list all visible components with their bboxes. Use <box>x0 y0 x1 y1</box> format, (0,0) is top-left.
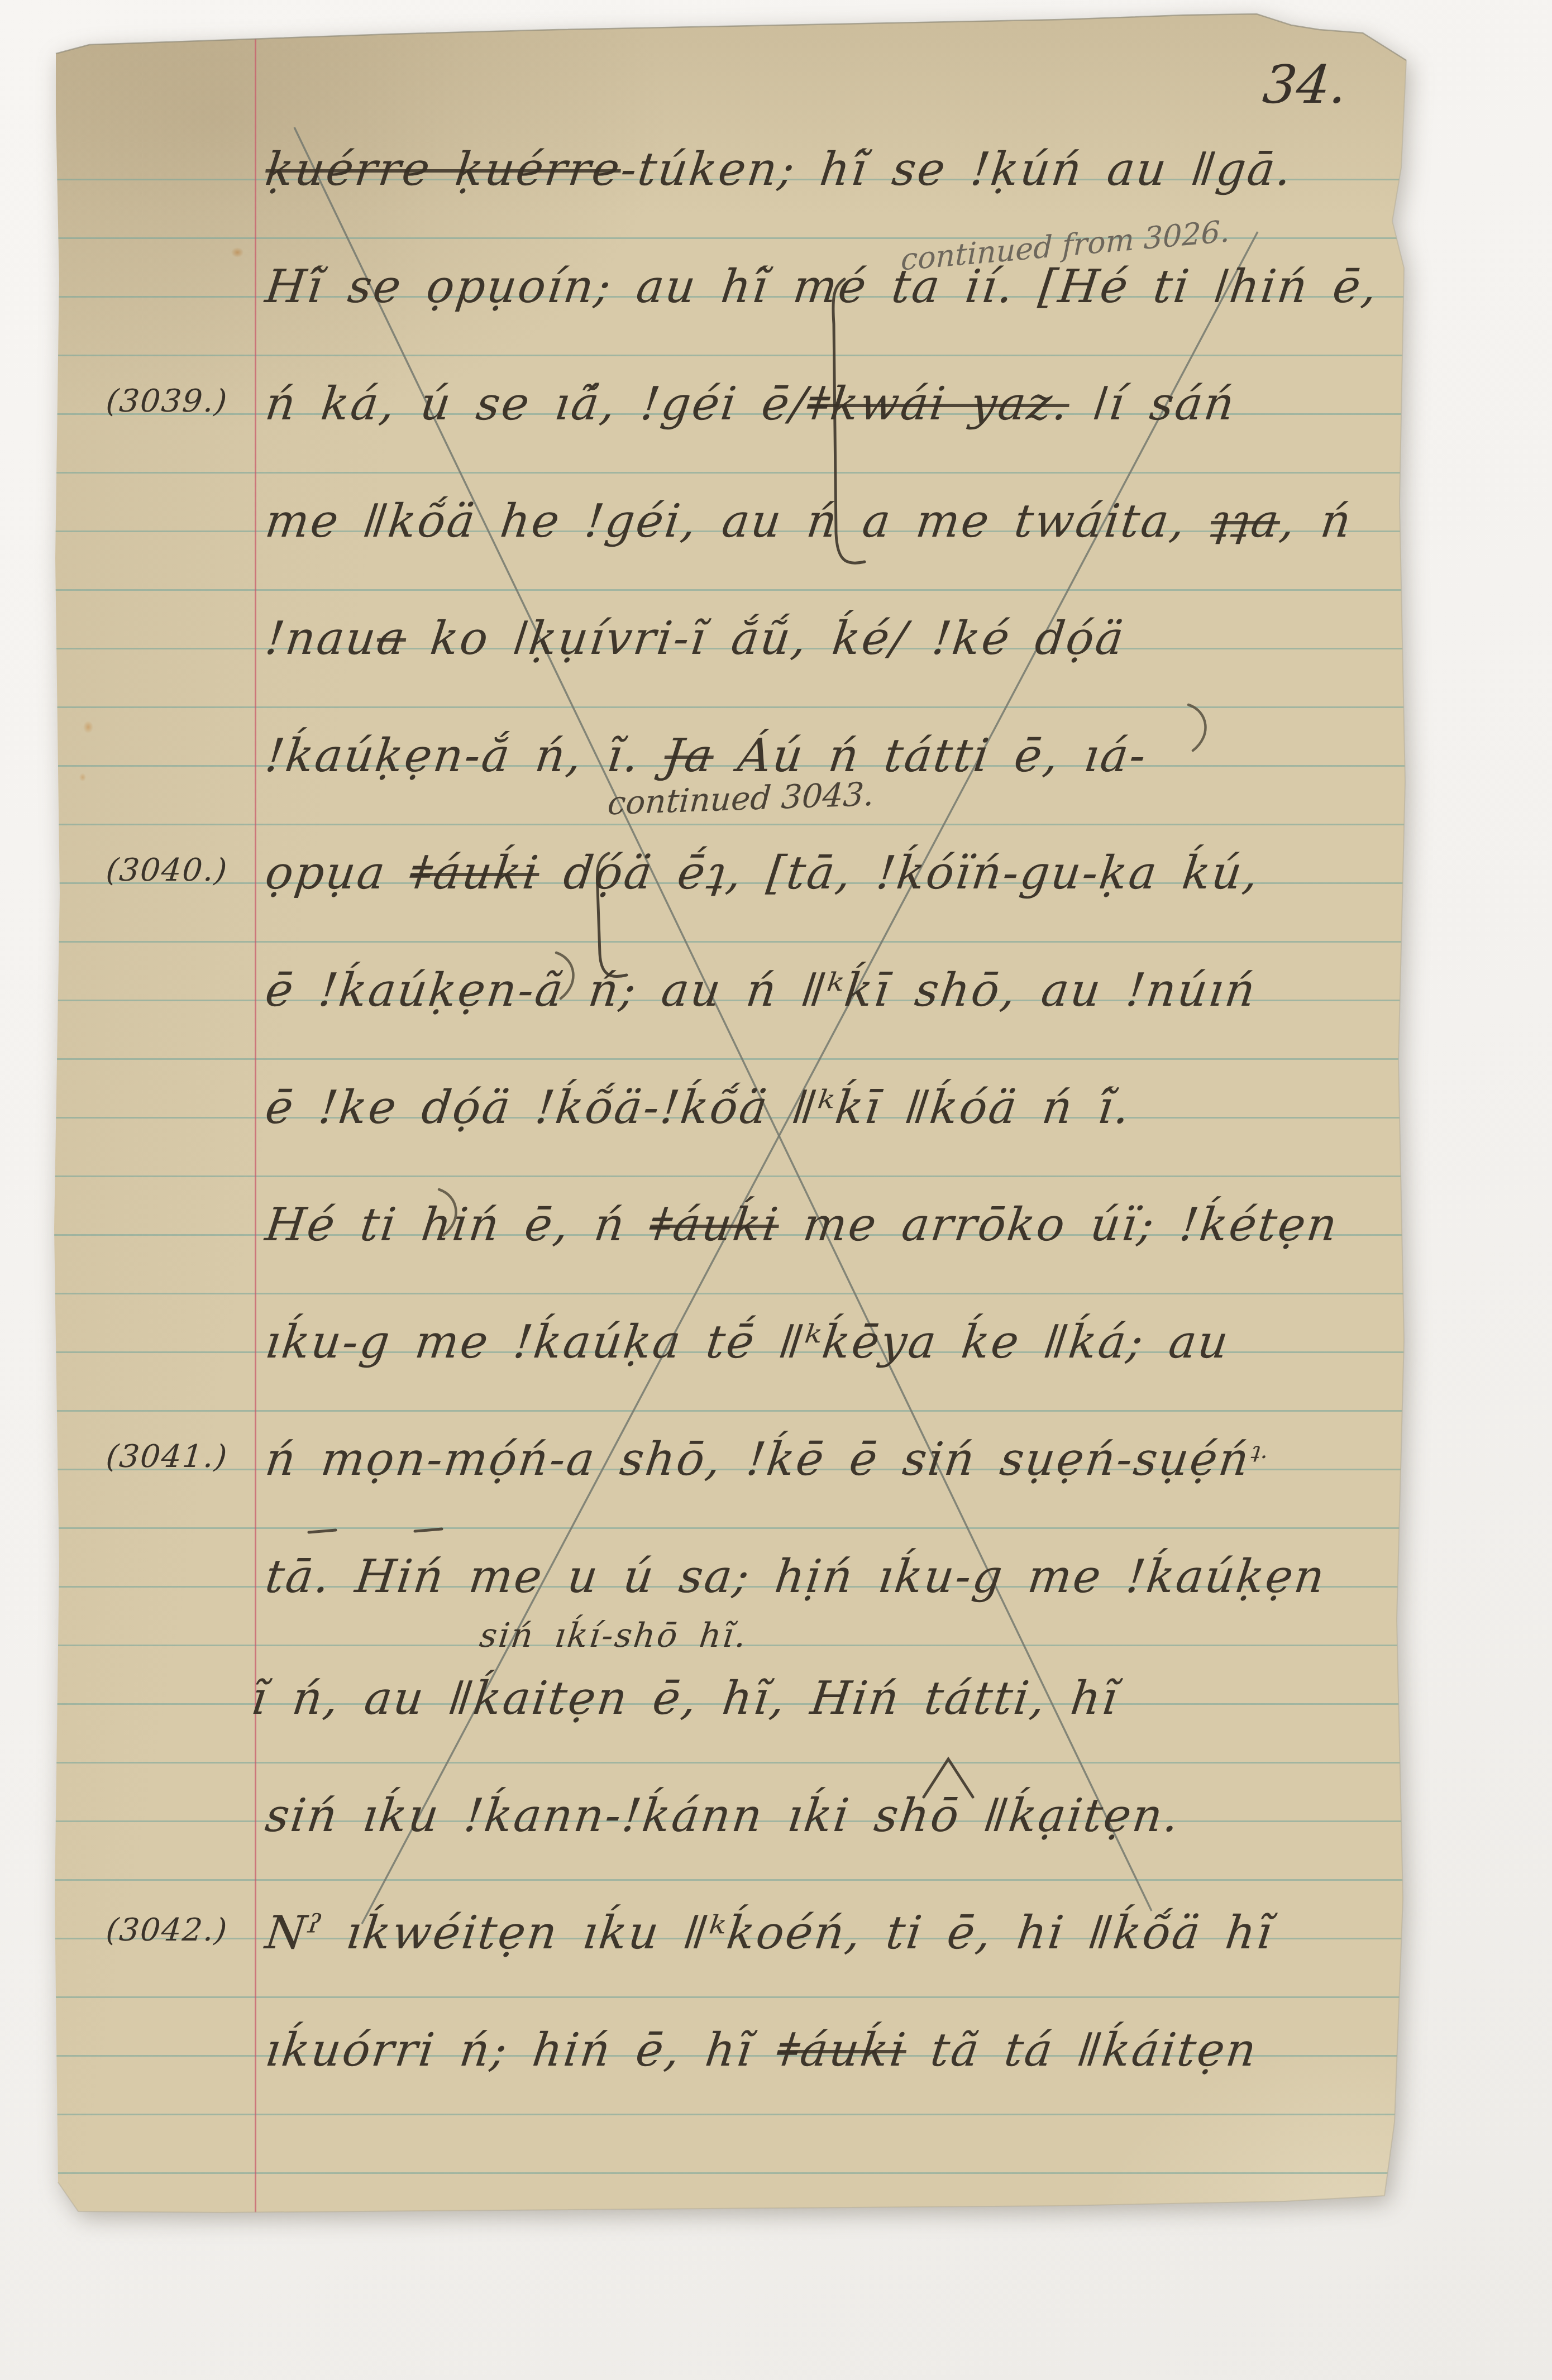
word-run: ń ká, ú se ıã́, !géi ē/ <box>262 377 811 431</box>
word-run: ń mọn-mọ́ń-a shō, !ḱē ē siń sụẹń-sụẹ́ń <box>262 1433 1253 1486</box>
manuscript-line: Hé ti hiń ē, ń ǂáuḱi me arrōko úï; !ḱétẹ… <box>0 1198 1552 1265</box>
manuscript-line: ıḱu-g me !ḱaúḳa tḗ ǁᵏḱēya ḱe ǁḱá; au <box>0 1316 1552 1383</box>
line-text: Hĩ́ se ọpụoín; au hĩ́ mé ta ií. [Hé ti ǀ… <box>262 260 1382 313</box>
manuscript-line: !naua ko ǀḳụívri-ĩ ắṹ, ḱé/ !ké dọ́ä <box>0 612 1552 679</box>
manuscript-line: ıḱuórri ń; hiń ē, hĩ ǂáuḱi tã tá ǁḱáitẹn <box>0 2024 1552 2091</box>
manuscript-line: ḳuérre ḳuérre-túken; hĩ́ se !ḳúń au ǁgā. <box>0 143 1552 210</box>
margin-entry-number: (3040.) <box>104 852 230 888</box>
line-text: !naua ko ǀḳụívri-ĩ ắṹ, ḱé/ !ké dọ́ä <box>262 612 1128 665</box>
manuscript-line: me ǁkṍä he !géi, au ń a me twáita, ʇʇa, … <box>0 495 1552 562</box>
manuscript-line: tā. Hiń me u ú sa; hịń ıḱu-g me !ḱaúḳẹn <box>0 1550 1552 1617</box>
struck-word: ǂáuḱi <box>775 2024 910 2077</box>
manuscript-line: ē !ke dọ́ä !ḱṍä-!ḱṍä ǁᵏḱī ǁḱóä ń ĩ́. <box>0 1081 1552 1148</box>
word-run: Hĩ́ se ọpụoín; au hĩ́ mé ta ií. [Hé ti ǀ… <box>262 260 1382 313</box>
line-text: me ǁkṍä he !géi, au ń a me twáita, ʇʇa, … <box>262 495 1355 548</box>
word-run: ē !ḱaúḳẹn-ã ń; au ń ǁᵏḱī shō, au !núıń <box>262 964 1259 1017</box>
line-text: ḳuérre ḳuérre-túken; hĩ́ se !ḳúń au ǁgā. <box>262 143 1296 196</box>
line-text: ıḱu-g me !ḱaúḳa tḗ ǁᵏḱēya ḱe ǁḱá; au <box>262 1316 1233 1369</box>
word-run: ıḱuórri ń; hiń ē, hĩ <box>262 2024 781 2077</box>
word-run: dọ́ä ḗʇ, [tā, !ḱóïń-gu-ḳa ḱú, <box>536 847 1263 900</box>
word-run: Áú ń tátti ē, ıá- <box>710 729 1150 782</box>
word-run: ǀí sáń <box>1066 377 1239 431</box>
line-text: ıḱuórri ń; hiń ē, hĩ ǂáuḱi tã tá ǁḱáitẹn <box>262 2024 1260 2077</box>
word-run: tã tá ǁḱáitẹn <box>903 2024 1260 2077</box>
struck-word: ʇʇa <box>1208 495 1283 548</box>
word-run: ọpụa <box>262 847 414 900</box>
word-run: -túken; hĩ́ se !ḳúń au ǁgā. <box>618 143 1296 196</box>
line-text: siń ıḱu !ḱann-!ḱánn ıḱi shō ǁḱạitẹn. <box>262 1789 1183 1842</box>
word-run: ko ǀḳụívri-ĩ ắṹ, ḱé/ !ké dọ́ä <box>403 612 1128 665</box>
manuscript-line: ĩ ń, au ǁḱaitẹn ē, hĩ, Hiń tátti, hĩ <box>0 1672 1552 1739</box>
line-text: ĩ ń, au ǁḱaitẹn ē, hĩ, Hiń tátti, hĩ <box>249 1672 1122 1725</box>
margin-entry-number: (3041.) <box>104 1438 230 1475</box>
word-run: ıḱu-g me !ḱaúḳa tḗ ǁᵏḱēya ḱe ǁḱá; au <box>262 1316 1233 1369</box>
word-run: , ń <box>1277 495 1355 548</box>
word-run: Nˀ ıḱwéitẹn ıḱu ǁᵏḱoéń, ti ē, hi ǁḱṍä hĩ <box>262 1906 1277 1960</box>
struck-word: ǂáuḱi <box>647 1198 782 1251</box>
margin-entry-number: (3039.) <box>104 383 230 419</box>
manuscript-line: Hĩ́ se ọpụoín; au hĩ́ mé ta ií. [Hé ti ǀ… <box>0 260 1552 327</box>
word-run: ʇ. <box>1250 1437 1271 1464</box>
line-text: ń ká, ú se ıã́, !géi ē/ǂkwái yaz. ǀí sáń <box>262 377 1239 431</box>
word-run: me ǁkṍä he !géi, au ń a me twáita, <box>262 495 1214 548</box>
line-text: !ḱaúḳẹn-ắ ń, ĩ. Ja Áú ń tátti ē, ıá- <box>262 729 1150 782</box>
word-run: !nau <box>262 612 380 665</box>
line-text: Hé ti hiń ē, ń ǂáuḱi me arrōko úï; !ḱétẹ… <box>262 1198 1341 1251</box>
word-run: Hé ti hiń ē, ń <box>262 1198 653 1251</box>
margin-entry-number: (3042.) <box>104 1912 230 1948</box>
word-run: tā. Hiń me u ú sa; hịń ıḱu-g me !ḱaúḳẹn <box>262 1550 1329 1603</box>
line-text: tā. Hiń me u ú sa; hịń ıḱu-g me !ḱaúḳẹn <box>262 1550 1329 1603</box>
struck-word: ḳuérre ḳuérre <box>262 143 624 196</box>
word-run: siń ıḱu !ḱann-!ḱánn ıḱi shō ǁḱạitẹn. <box>262 1789 1183 1842</box>
manuscript-line: (3042.)Nˀ ıḱwéitẹn ıḱu ǁᵏḱoéń, ti ē, hi … <box>0 1906 1552 1973</box>
line-text: ń mọn-mọ́ń-a shō, !ḱē ē siń sụẹń-sụẹ́ńʇ. <box>262 1433 1271 1486</box>
word-run: me arrōko úï; !ḱétẹn <box>776 1198 1341 1251</box>
manuscript-line: (3039.)ń ká, ú se ıã́, !géi ē/ǂkwái yaz.… <box>0 377 1552 445</box>
line-text: ọpụa ǂáuḱi dọ́ä ḗʇ, [tā, !ḱóïń-gu-ḳa ḱú, <box>262 847 1263 900</box>
manuscript-line: ē !ḱaúḳẹn-ã ń; au ń ǁᵏḱī shō, au !núıń <box>0 964 1552 1031</box>
word-run: ē !ke dọ́ä !ḱṍä-!ḱṍä ǁᵏḱī ǁḱóä ń ĩ́. <box>262 1081 1134 1134</box>
line-text: ē !ke dọ́ä !ḱṍä-!ḱṍä ǁᵏḱī ǁḱóä ń ĩ́. <box>262 1081 1134 1134</box>
struck-word: ǂáuḱi <box>408 847 543 900</box>
word-run: ĩ ń, au ǁḱaitẹn ē, hĩ, Hiń tátti, hĩ <box>249 1672 1122 1725</box>
manuscript-scan: 34. continued from 3026. continued 3043.… <box>0 0 1552 2380</box>
line-text: ē !ḱaúḳẹn-ã ń; au ń ǁᵏḱī shō, au !núıń <box>262 964 1259 1017</box>
word-run: !ḱaúḳẹn-ắ ń, ĩ. <box>262 729 668 782</box>
manuscript-line: siń ıḱu !ḱann-!ḱánn ıḱi shō ǁḱạitẹn. <box>0 1789 1552 1856</box>
manuscript-line: (3040.)ọpụa ǂáuḱi dọ́ä ḗʇ, [tā, !ḱóïń-gu… <box>0 847 1552 914</box>
line-text: Nˀ ıḱwéitẹn ıḱu ǁᵏḱoéń, ti ē, hi ǁḱṍä hĩ <box>262 1906 1277 1960</box>
manuscript-line: (3041.)ń mọn-mọ́ń-a shō, !ḱē ē siń sụẹń-… <box>0 1433 1552 1500</box>
page-number: 34. <box>1260 55 1350 116</box>
struck-word: Ja <box>661 729 717 782</box>
word-run: siń ıḱí-shō hĩ. <box>477 1616 750 1655</box>
handwriting-layer: 34. continued from 3026. continued 3043.… <box>0 0 1552 2380</box>
line-text: siń ıḱí-shō hĩ. <box>477 1616 750 1655</box>
struck-word: ǂkwái yaz. <box>805 377 1073 431</box>
manuscript-line: !ḱaúḳẹn-ắ ń, ĩ. Ja Áú ń tátti ē, ıá- <box>0 729 1552 796</box>
